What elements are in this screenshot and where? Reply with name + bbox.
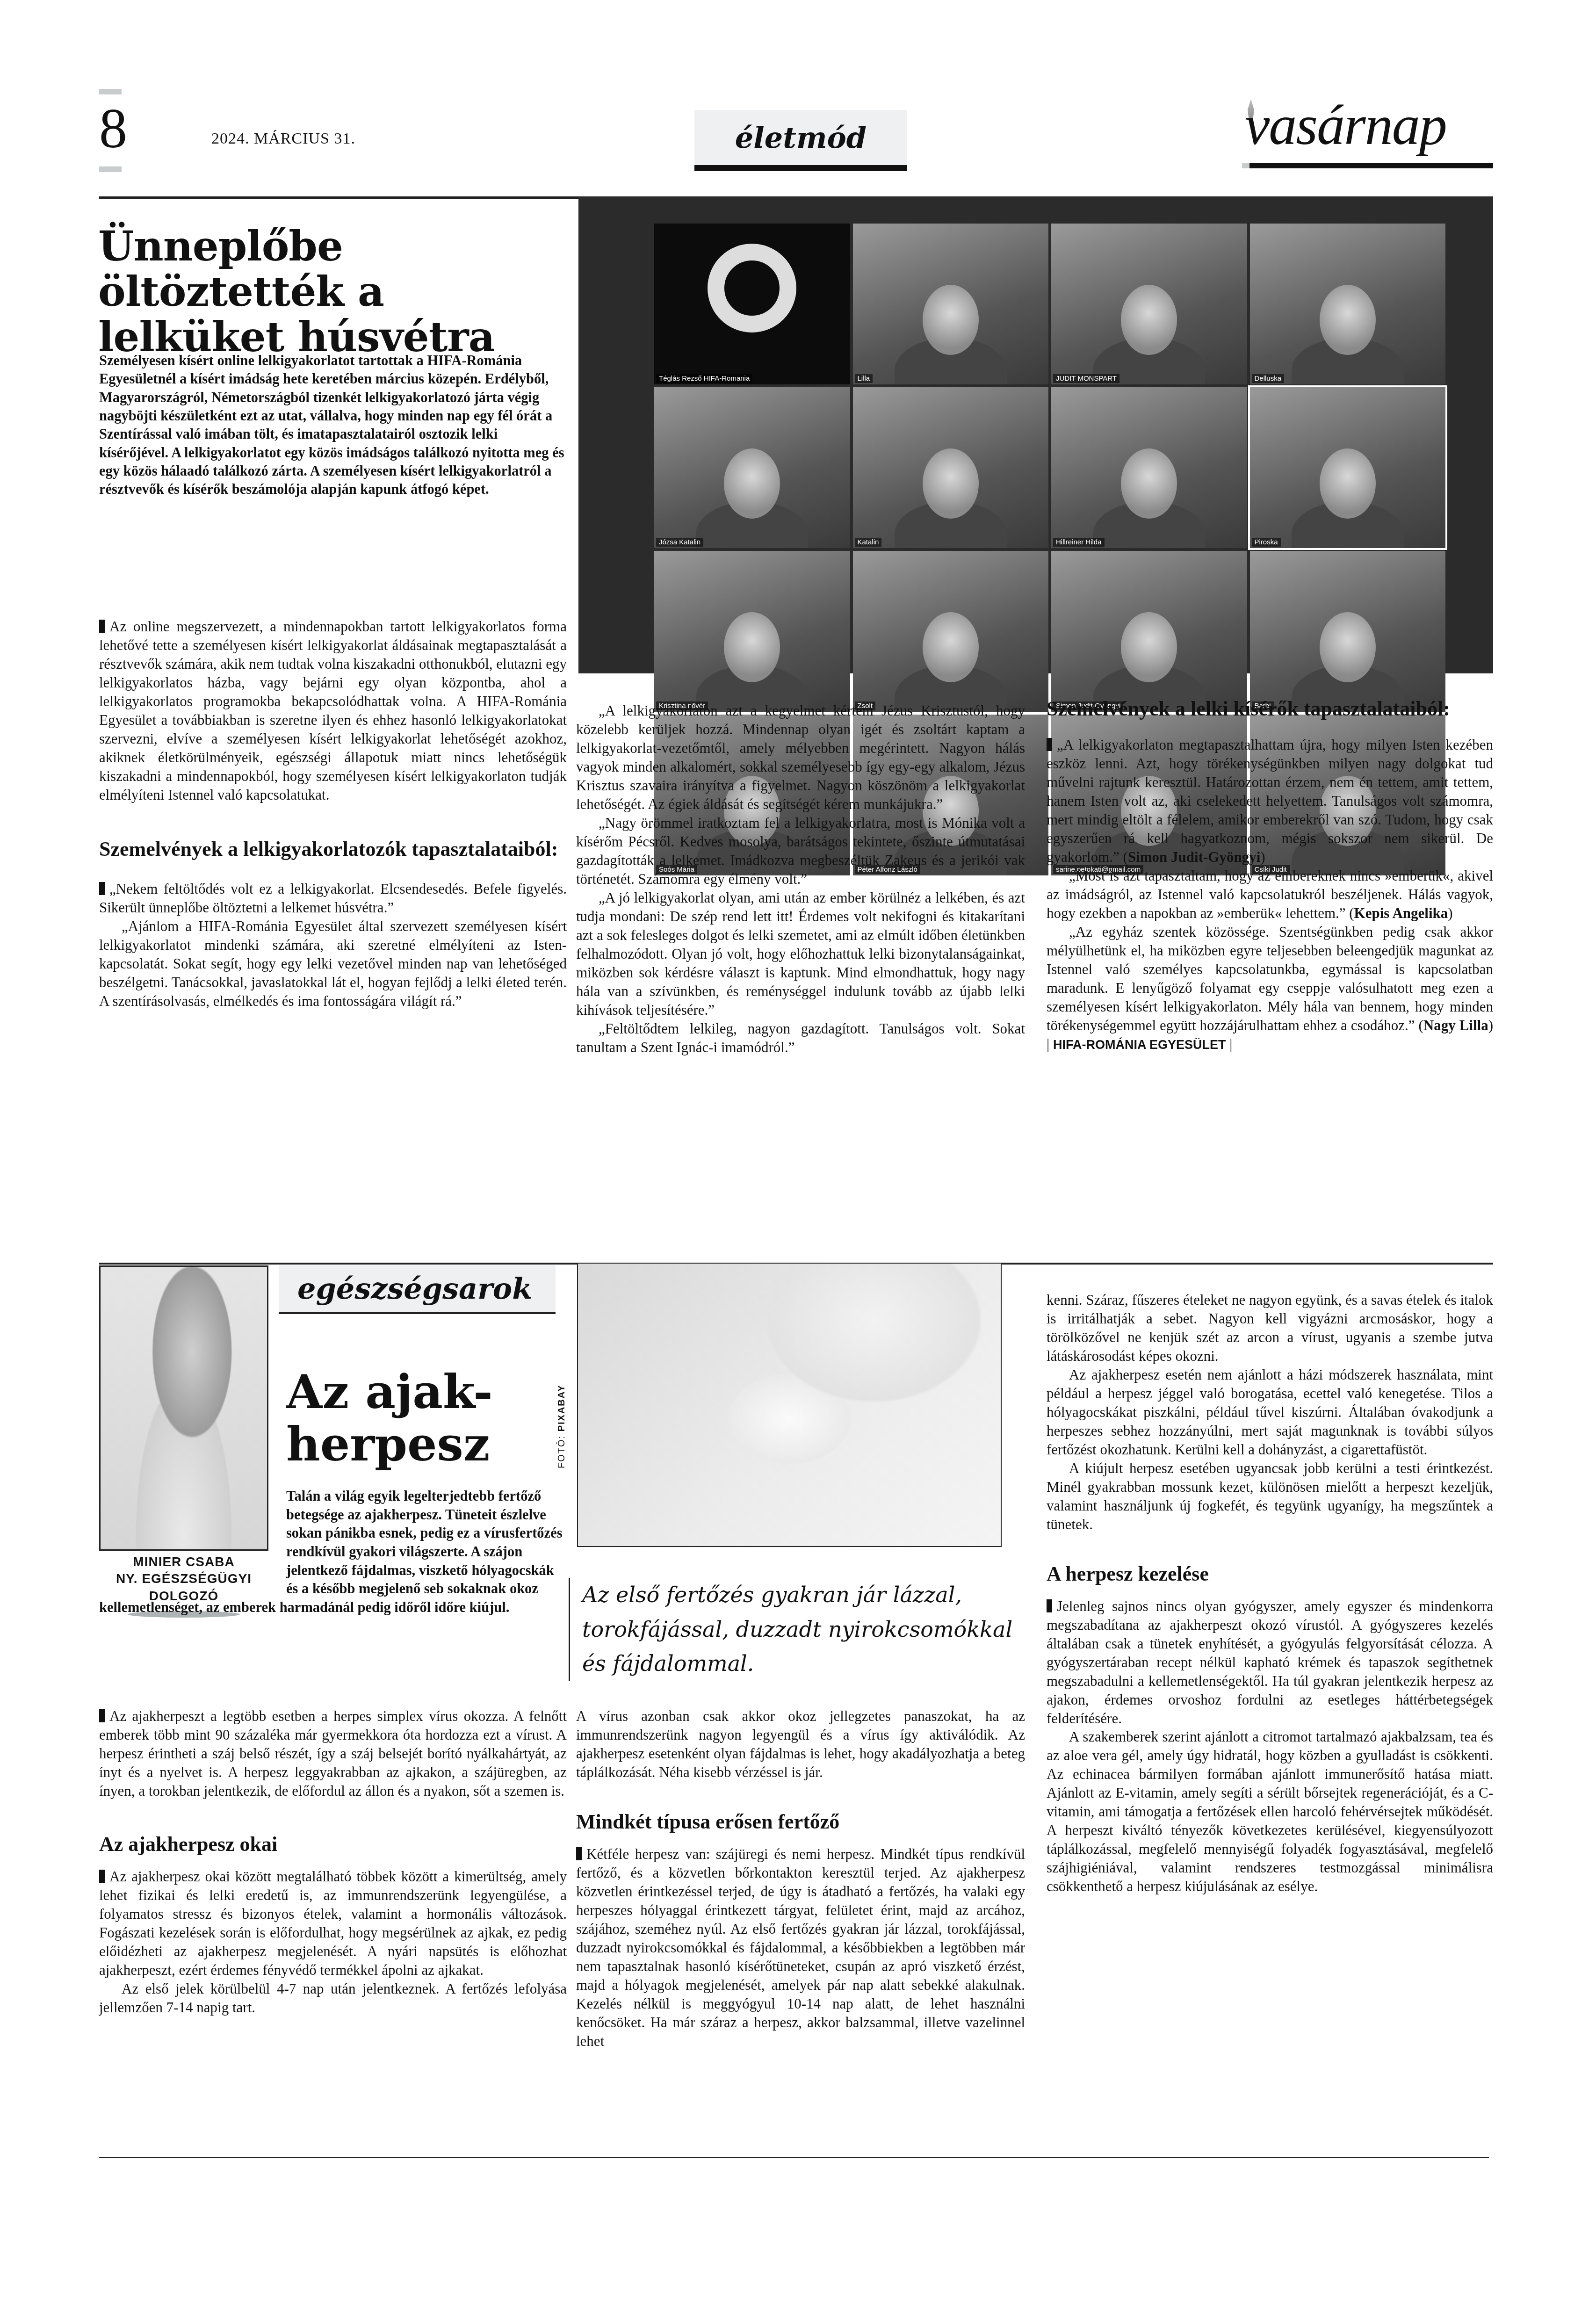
body-paragraph: kenni. Száraz, fűszeres ételeket ne nagy…	[1047, 1291, 1493, 1366]
section-heading-participants: Szemelvények a lelkigyakorlatozók tapasz…	[99, 837, 567, 862]
quote-close: )	[1448, 905, 1452, 921]
paragraph-marker	[99, 1709, 105, 1722]
paragraph-marker	[99, 1870, 105, 1883]
body-paragraph: Jelenleg sajnos nincs olyan gyógyszer, a…	[1047, 1598, 1493, 1727]
section-rubric: életmód	[694, 110, 907, 171]
participant-name: Téglás Rezső HIFA-Romania	[656, 374, 752, 383]
participant-face	[1320, 612, 1376, 682]
participant-face	[1320, 448, 1376, 519]
column-rubric: egészségsarok	[279, 1265, 556, 1314]
article-title: Ünneplőbe öltöztették a lelküket húsvétr…	[98, 224, 571, 359]
participant-face	[923, 448, 979, 519]
lead-float-spacer	[99, 1487, 286, 1590]
participant-face	[724, 612, 780, 682]
participant-name: Delluska	[1252, 374, 1285, 383]
body-paragraph: A szakemberek szerint ajánlott a citromo…	[1047, 1727, 1493, 1896]
participant-face	[724, 448, 780, 519]
participant-tile: Téglás Rezső HIFA-Romania	[654, 224, 850, 384]
article-title: Az ajak- herpesz	[286, 1366, 493, 1470]
page-number: 8	[99, 101, 127, 157]
section-heading-companions: Szemelvények a lelki kísérők tapasztalat…	[1047, 697, 1493, 722]
participant-tile: Lilla	[853, 224, 1049, 384]
participant-face	[923, 612, 979, 682]
participant-tile: Krisztina nővér	[654, 551, 850, 712]
participant-tile: Piroska	[1250, 387, 1446, 548]
body-paragraph: Kétféle herpesz van: szájüregi és nemi h…	[576, 1846, 1025, 2049]
quote-author: Nagy Lilla	[1423, 1017, 1488, 1034]
participant-tile: Simon Judit-Gyöngyi	[1051, 551, 1247, 712]
participant-name: JUDIT MONSPART	[1053, 374, 1119, 383]
section-heading-causes: Az ajakherpesz okai	[99, 1832, 567, 1857]
paragraph-marker	[576, 1847, 582, 1860]
participant-face	[1320, 285, 1376, 355]
body-paragraph: Az ajakherpesz esetén nem ajánlott a ház…	[1047, 1366, 1493, 1459]
quote-paragraph: „Nekem feltöltődés volt ez a lelkigyakor…	[99, 881, 567, 916]
logo-ring-icon	[708, 244, 796, 332]
article-lead: Személyesen kísért online lelkigyakorlat…	[99, 352, 567, 499]
pull-quote: Az első fertőzés gyakran jár lázzal, tor…	[569, 1578, 1031, 1681]
page-number-bar-top	[99, 89, 122, 94]
section-heading-treatment: A herpesz kezelése	[1047, 1562, 1493, 1587]
article-body-col1: Az online megszervezett, a mindennapokba…	[99, 617, 567, 1011]
paragraph-marker	[99, 620, 105, 633]
quote-paragraph: „Nagy örömmel iratkoztam fel a lelkigyak…	[576, 814, 1025, 889]
participant-tile: Katalin	[853, 387, 1049, 548]
participant-face	[1121, 612, 1177, 682]
participant-name: Hillreiner Hilda	[1053, 538, 1105, 547]
article-body-col3: Szemelvények a lelki kísérők tapasztalat…	[1047, 697, 1493, 1054]
zoom-meeting-photo: Téglás Rezső HIFA-RomaniaLillaJUDIT MONS…	[578, 196, 1493, 673]
lip-balm-photo	[577, 1263, 1002, 1547]
participant-name: Katalin	[855, 538, 882, 547]
credit-source: PIXABAY	[556, 1384, 567, 1431]
section-heading-types: Mindkét típusa erősen fertőző	[576, 1810, 1025, 1835]
participant-tile: Zsolt	[853, 551, 1049, 712]
body-paragraph: Az ajakherpeszt a legtöbb esetben a herp…	[99, 1708, 567, 1799]
title-line: Az ajak-	[286, 1366, 493, 1418]
article-signature: HIFA-ROMÁNIA EGYESÜLET	[1053, 1038, 1226, 1052]
article-lead: Talán a világ egyik legelterjedtebb fert…	[99, 1487, 567, 1617]
body-paragraph: Az első jelek körülbelül 4-7 nap után je…	[99, 1980, 567, 2017]
quote-paragraph: „Ajánlom a HIFA-Románia Egyesület által …	[99, 917, 567, 1011]
paragraph-marker	[99, 882, 105, 895]
quote-paragraph: „A jó lelkigyakorlat olyan, ami után az …	[576, 889, 1025, 1019]
participant-tile: Hillreiner Hilda	[1051, 387, 1247, 548]
participant-name: Lilla	[855, 374, 873, 383]
body-paragraph: A vírus azonban csak akkor okoz jellegze…	[576, 1707, 1025, 1782]
participant-face	[923, 285, 979, 355]
article-body-col2: „A lelkigyakorlaton azt a kegyelmet kért…	[576, 701, 1025, 1057]
credit-label: FOTÓ:	[556, 1435, 567, 1468]
article2-col1: Az ajakherpeszt a legtöbb esetben a herp…	[99, 1707, 567, 2017]
participant-name: Piroska	[1252, 538, 1281, 547]
masthead-underline	[1248, 163, 1493, 168]
bottom-rule	[99, 2157, 1489, 2158]
participant-tile: JUDIT MONSPART	[1051, 224, 1247, 384]
participant-tile: Barbi	[1250, 551, 1446, 712]
page-number-bar-bottom	[99, 166, 122, 172]
paragraph-marker	[1047, 1599, 1052, 1612]
participant-tile: Józsa Katalin	[654, 387, 850, 548]
participant-tile: Delluska	[1250, 224, 1446, 384]
body-paragraph: Az online megszervezett, a mindennapokba…	[99, 618, 567, 803]
quote-paragraph: „A lelkigyakorlaton azt a kegyelmet kért…	[576, 701, 1025, 814]
body-paragraph: A kiújult herpesz esetében ugyancsak job…	[1047, 1459, 1493, 1534]
quote-author: Simon Judit-Gyöngyi	[1128, 849, 1260, 865]
quote-close: )	[1260, 849, 1265, 865]
title-line: herpesz	[286, 1418, 493, 1470]
photo-credit: FOTÓ: PIXABAY	[556, 1384, 567, 1468]
participant-face	[1121, 448, 1177, 519]
participant-name: Józsa Katalin	[656, 538, 703, 547]
signature-end: |	[1226, 1036, 1232, 1052]
quote-author: Kepis Angelika	[1354, 905, 1448, 921]
masthead-logo: vasárnap	[1245, 97, 1446, 153]
article2-col2: A vírus azonban csak akkor okoz jellegze…	[576, 1707, 1025, 2051]
body-paragraph: Az ajakherpesz okai között megtalálható …	[99, 1868, 567, 1978]
article2-col3: kenni. Száraz, fűszeres ételeket ne nagy…	[1047, 1291, 1493, 1896]
quote-paragraph: „Feltöltődtem lelkileg, nagyon gazdagíto…	[576, 1019, 1025, 1057]
quote-text: „A lelkigyakorlaton megtapasztalhattam ú…	[1047, 737, 1493, 865]
paragraph-marker	[1047, 738, 1052, 751]
participant-face	[1121, 285, 1177, 355]
issue-date: 2024. MÁRCIUS 31.	[211, 130, 355, 148]
